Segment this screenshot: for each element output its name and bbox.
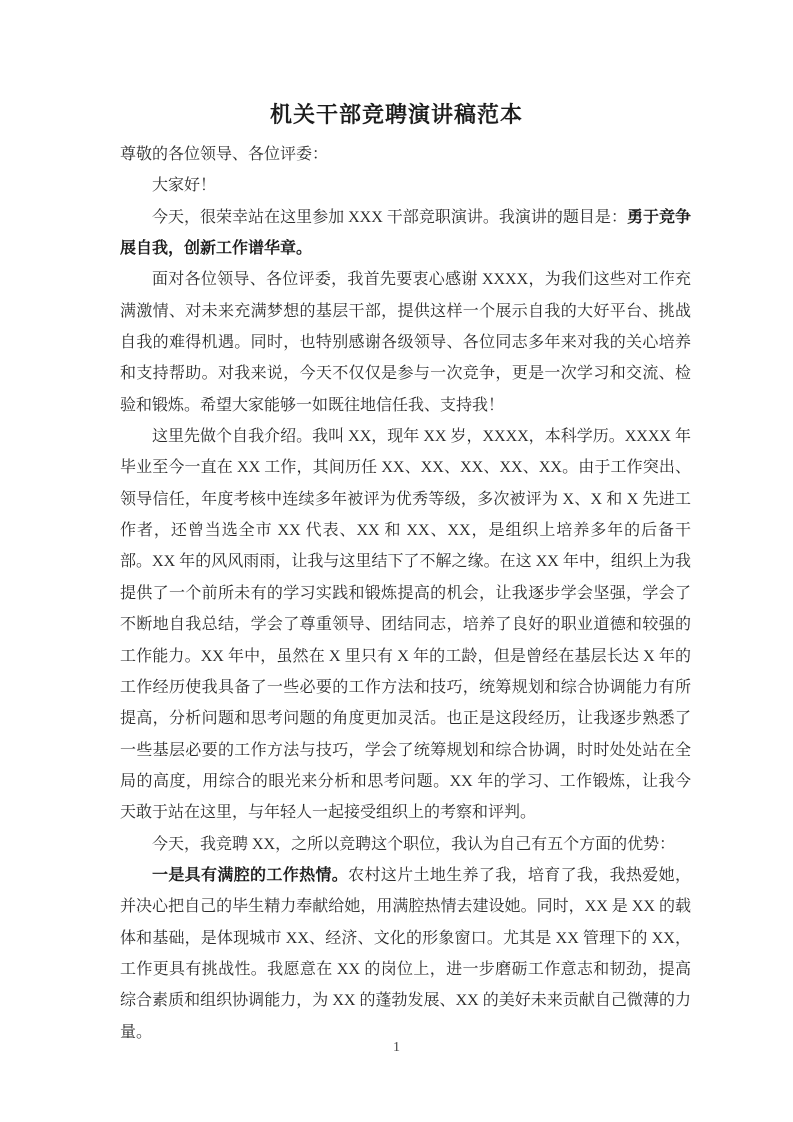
- paragraph-self-introduction: 这里先做个自我介绍。我叫 XX，现年 XX 岁，XXXX，本科学历。XXXX 年…: [120, 421, 691, 828]
- text-run: 面对各位领导、各位评委，我首先要衷心感谢 XXXX，为我们这些对工作充满激情、对…: [120, 271, 691, 413]
- text-run: 大家好！: [152, 177, 216, 194]
- paragraph-salutation: 尊敬的各位领导、各位评委：: [120, 139, 691, 170]
- text-run: 今天，我竞聘 XX，之所以竞聘这个职位，我认为自己有五个方面的优势：: [152, 836, 675, 853]
- page-title: 机关干部竞聘演讲稿范本: [0, 97, 793, 133]
- paragraph-speech-topic: 今天，很荣幸站在这里参加 XXX 干部竞职演讲。我演讲的题目是：勇于竞争展自我，…: [120, 202, 691, 265]
- text-run: 今天，很荣幸站在这里参加 XXX 干部竞职演讲。我演讲的题目是：: [152, 209, 627, 226]
- paragraph-advantage-one: 一是具有满腔的工作热情。农村这片土地生养了我，培育了我，我热爱她，并决心把自己的…: [120, 860, 691, 1048]
- text-run: 农村这片土地生养了我，培育了我，我热爱她，并决心把自己的毕生精力奉献给她，用满腔…: [120, 867, 691, 1041]
- document-body: 尊敬的各位领导、各位评委： 大家好！ 今天，很荣幸站在这里参加 XXX 干部竞职…: [120, 139, 691, 1048]
- paragraph-advantages-intro: 今天，我竞聘 XX，之所以竞聘这个职位，我认为自己有五个方面的优势：: [120, 829, 691, 860]
- page-number: 1: [0, 1038, 793, 1058]
- paragraph-greeting: 大家好！: [120, 170, 691, 201]
- text-run: 这里先做个自我介绍。我叫 XX，现年 XX 岁，XXXX，本科学历。XXXX 年…: [120, 428, 691, 821]
- paragraph-thanks: 面对各位领导、各位评委，我首先要衷心感谢 XXXX，为我们这些对工作充满激情、对…: [120, 264, 691, 421]
- document-page: 机关干部竞聘演讲稿范本 尊敬的各位领导、各位评委： 大家好！ 今天，很荣幸站在这…: [0, 0, 793, 1122]
- text-run-bold-advantage-heading: 一是具有满腔的工作热情。: [152, 867, 348, 884]
- text-run: 尊敬的各位领导、各位评委：: [120, 146, 328, 163]
